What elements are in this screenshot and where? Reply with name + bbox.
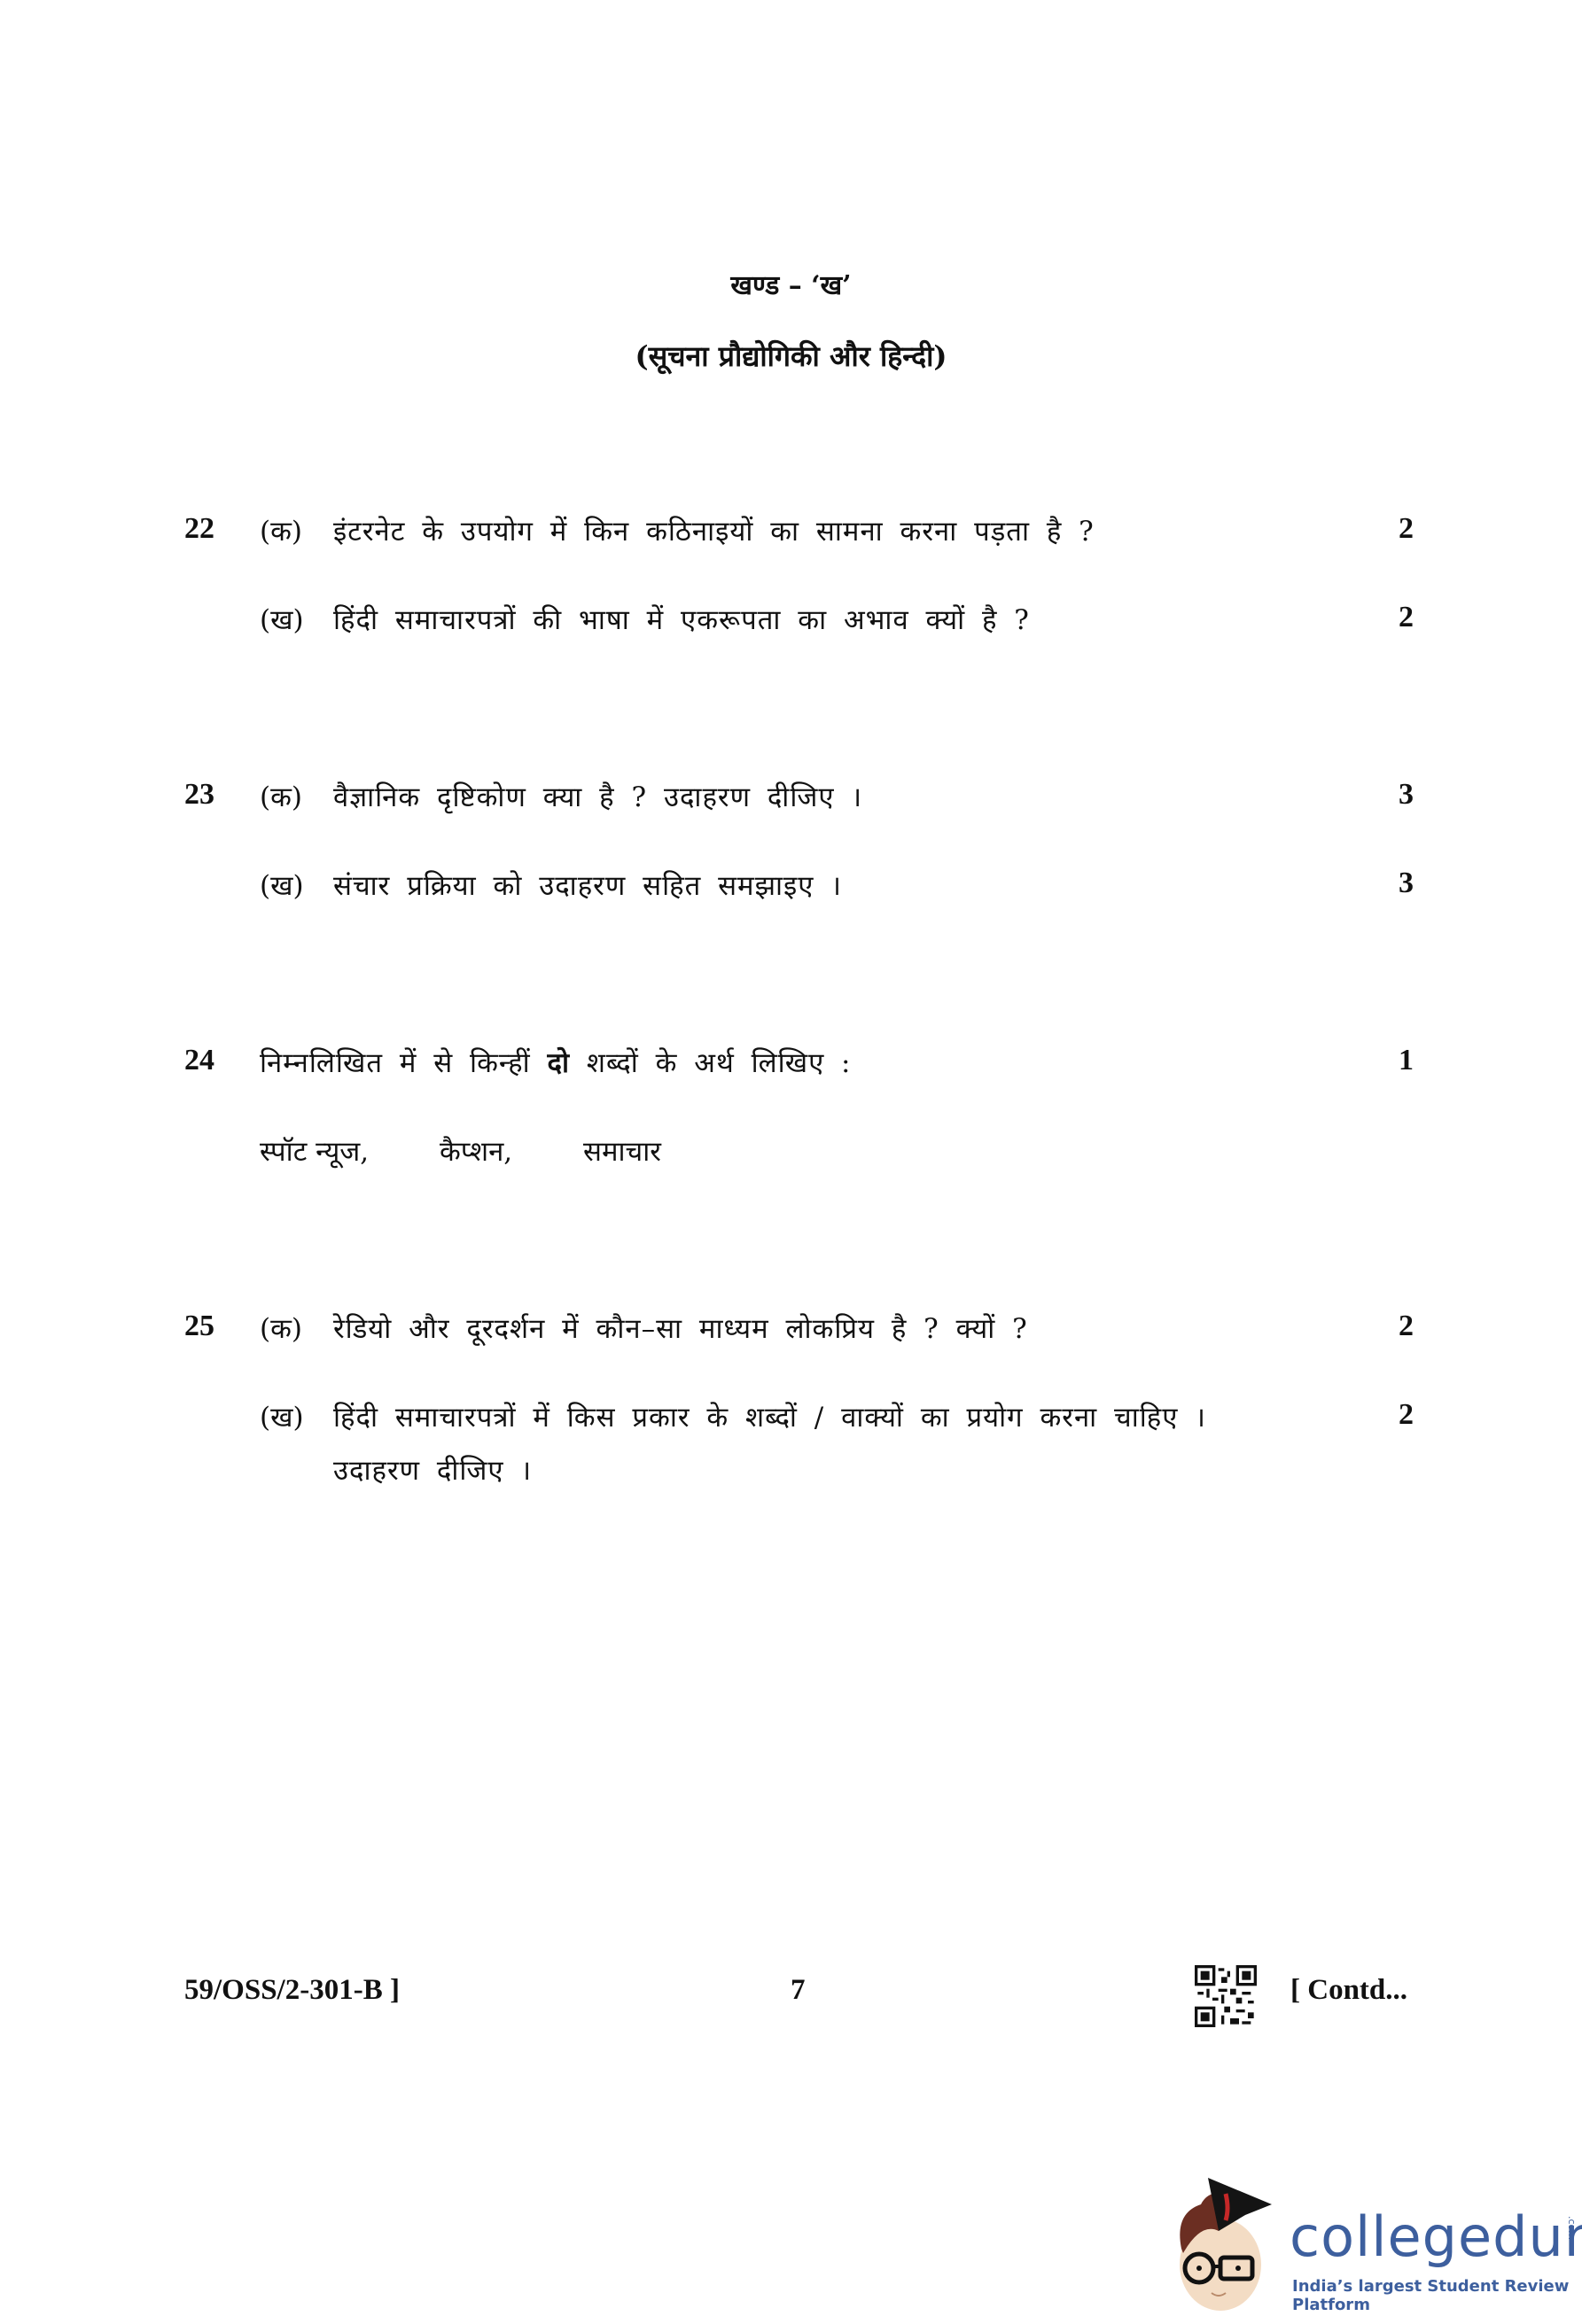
brand-domain: .com (1566, 2216, 1578, 2240)
brand-name: collegedunia (1290, 2204, 1582, 2269)
marks: 2 (1399, 1398, 1414, 1432)
marks: 3 (1399, 778, 1414, 812)
question-number: 24 (184, 1044, 214, 1077)
question-25b-continued: उदाहरण दीजिए । (0, 1451, 1582, 1496)
part-label: (ख) (260, 601, 304, 638)
part-label: (ख) (260, 867, 304, 904)
term-item: समाचार (583, 1136, 661, 1168)
question-text: हिंदी समाचारपत्रों की भाषा में एकरूपता क… (333, 601, 1030, 638)
question-number: 25 (184, 1310, 214, 1343)
question-text-line2: उदाहरण दीजिए । (333, 1451, 532, 1488)
question-text: हिंदी समाचारपत्रों में किस प्रकार के शब्… (333, 1398, 1206, 1435)
question-25b: (ख) हिंदी समाचारपत्रों में किस प्रकार के… (0, 1398, 1582, 1442)
question-text-bold: दो (548, 1047, 571, 1079)
question-number: 22 (184, 512, 214, 546)
question-24: 24 निम्नलिखित में से किन्हीं दो शब्दों क… (0, 1044, 1582, 1088)
question-number: 23 (184, 778, 214, 812)
question-25a: 25 (क) रेडियो और दूरदर्शन में कौन–सा माध… (0, 1310, 1582, 1354)
section-subheading: (सूचना प्रौद्योगिकी और हिन्दी) (0, 337, 1582, 375)
part-label: (क) (260, 778, 302, 815)
question-text: वैज्ञानिक दृष्टिकोण क्या है ? उदाहरण दीज… (333, 778, 862, 815)
qr-code-icon (1195, 1965, 1257, 2027)
term-list: स्पॉट न्यूज, कैप्शन, समाचार (260, 1132, 1582, 1177)
question-text-before: निम्नलिखित में से किन्हीं (260, 1047, 531, 1079)
marks: 2 (1399, 512, 1414, 546)
marks: 1 (1399, 1044, 1414, 1077)
collegedunia-watermark: collegedunia .com India’s largest Studen… (1157, 2169, 1573, 2320)
marks: 3 (1399, 867, 1414, 900)
question-23a: 23 (क) वैज्ञानिक दृष्टिकोण क्या है ? उदा… (0, 778, 1582, 822)
question-23b: (ख) संचार प्रक्रिया को उदाहरण सहित समझाइ… (0, 867, 1582, 911)
page-number: 7 (791, 1974, 806, 2007)
section-heading: खण्ड – ‘ख’ (0, 266, 1582, 302)
mascot-icon (1157, 2169, 1290, 2320)
brand-tagline: India’s largest Student Review Platform (1292, 2277, 1573, 2314)
question-text: निम्नलिखित में से किन्हीं दो शब्दों के अ… (260, 1044, 852, 1081)
part-label: (क) (260, 1310, 302, 1347)
question-22b: (ख) हिंदी समाचारपत्रों की भाषा में एकरूप… (0, 601, 1582, 645)
question-text: संचार प्रक्रिया को उदाहरण सहित समझाइए । (333, 867, 842, 904)
paper-code: 59/OSS/2-301-B ] (184, 1974, 400, 2007)
question-22a: 22 (क) इंटरनेट के उपयोग में किन कठिनाइयो… (0, 512, 1582, 556)
question-text: रेडियो और दूरदर्शन में कौन–सा माध्यम लोक… (333, 1310, 1028, 1347)
question-text: इंटरनेट के उपयोग में किन कठिनाइयों का सा… (333, 512, 1095, 549)
question-text-after: शब्दों के अर्थ लिखिए : (587, 1047, 852, 1079)
term-item: स्पॉट न्यूज, (260, 1136, 369, 1168)
part-label: (ख) (260, 1398, 304, 1435)
continued-label: [ Contd... (1290, 1974, 1407, 2007)
marks: 2 (1399, 601, 1414, 634)
marks: 2 (1399, 1310, 1414, 1343)
part-label: (क) (260, 512, 302, 549)
term-item: कैप्शन, (440, 1136, 512, 1168)
